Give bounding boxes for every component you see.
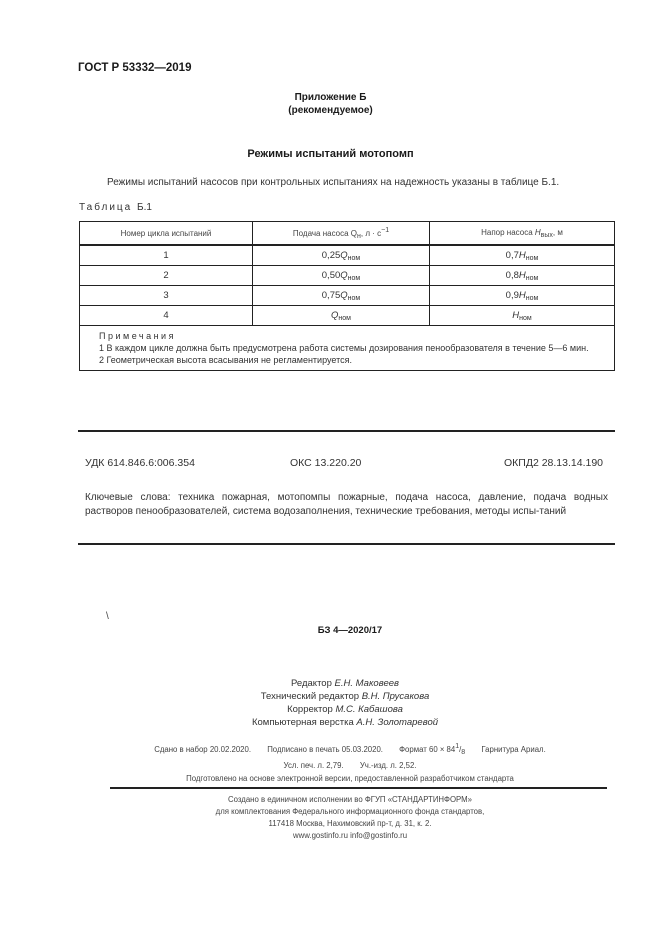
cell-flow: 0,25Qном — [253, 245, 430, 266]
flow-sub: ном — [348, 295, 361, 302]
notes-heading: Примечания — [80, 330, 608, 342]
cell-flow: Qном — [253, 306, 430, 326]
credit-proofreader: Корректор М.С. Кабашова — [0, 703, 661, 716]
typeset-date: Сдано в набор 20.02.2020. — [154, 745, 251, 754]
udk-code: УДК 614.846.6:006.354 — [85, 457, 195, 469]
head-symbol: H — [519, 250, 526, 261]
signed-date: Подписано в печать 05.03.2020. — [267, 745, 383, 754]
flow-coef: 0,50 — [322, 270, 341, 281]
publisher-contacts: www.gostinfo.ru info@gostinfo.ru — [0, 830, 661, 842]
keywords: Ключевые слова: техника пожарная, мотопо… — [85, 491, 608, 519]
head-sub: ном — [526, 295, 539, 302]
appendix-title: Приложение Б — [0, 92, 661, 103]
flow-coef: 0,25 — [322, 250, 341, 261]
flow-sub: ном — [348, 275, 361, 282]
credit-name: М.С. Кабашова — [335, 704, 402, 715]
cell-flow: 0,75Qном — [253, 286, 430, 306]
head-sub: ном — [519, 315, 532, 322]
format-sup: 1 — [455, 743, 459, 750]
head-symbol: H — [519, 270, 526, 281]
print-info: Сдано в набор 20.02.2020. Подписано в пе… — [0, 740, 661, 785]
flow-coef: 0,75 — [322, 290, 341, 301]
head-coef: 0,8 — [506, 270, 519, 281]
header-cycle: Номер цикла испытаний — [80, 222, 253, 246]
table-caption: Таблица Б.1 — [79, 202, 152, 213]
flow-sub: ном — [338, 315, 351, 322]
table-caption-label: Таблица — [79, 202, 132, 213]
publisher-address: 117418 Москва, Нахимовский пр-т, д. 31, … — [0, 818, 661, 830]
header-head-sub: вых — [541, 232, 553, 239]
credit-tech-editor: Технический редактор В.Н. Прусакова — [0, 690, 661, 703]
header-flow: Подача насоса Qн, л · с−1 — [253, 222, 430, 246]
header-head-unit: , м — [553, 228, 563, 237]
publisher-line: для комплектования Федерального информац… — [0, 806, 661, 818]
test-modes-table: Номер цикла испытаний Подача насоса Qн, … — [79, 221, 615, 371]
website-link[interactable]: www.gostinfo.ru — [293, 831, 348, 840]
table-row: 3 0,75Qном 0,9Hном — [80, 286, 615, 306]
table-notes-row: Примечания 1 В каждом цикле должна быть … — [80, 326, 615, 371]
cell-head: 0,9Hном — [430, 286, 615, 306]
credit-editor: Редактор Е.Н. Маковеев — [0, 677, 661, 690]
head-symbol: H — [519, 290, 526, 301]
cell-head: Hном — [430, 306, 615, 326]
source-note: Подготовлено на основе электронной верси… — [0, 772, 661, 785]
table-row: 4 Qном Hном — [80, 306, 615, 326]
pub-sheets: Уч.-изд. л. 2,52. — [360, 761, 417, 770]
header-flow-label: Подача насоса Q — [293, 229, 357, 238]
note-item: 1 В каждом цикле должна быть предусмотре… — [80, 342, 608, 354]
format: Формат 60 × 84 — [399, 745, 455, 754]
note-item: 2 Геометрическая высота всасывания не ре… — [80, 354, 608, 366]
divider-bottom — [78, 543, 615, 545]
head-coef: 0,9 — [506, 290, 519, 301]
cell-flow: 0,50Qном — [253, 266, 430, 286]
format-sub: 8 — [461, 749, 465, 756]
publisher-line: Создано в единичном исполнении во ФГУП «… — [0, 794, 661, 806]
standard-code: ГОСТ Р 53332—2019 — [78, 62, 191, 74]
table-notes: Примечания 1 В каждом цикле должна быть … — [80, 326, 615, 371]
table-header-row: Номер цикла испытаний Подача насоса Qн, … — [80, 222, 615, 246]
cell-cycle: 4 — [80, 306, 253, 326]
email-link[interactable]: info@gostinfo.ru — [350, 831, 407, 840]
cell-head: 0,8Hном — [430, 266, 615, 286]
intro-paragraph: Режимы испытаний насосов при контрольных… — [107, 177, 559, 188]
publisher-info: Создано в единичном исполнении во ФГУП «… — [0, 794, 661, 842]
typeface: Гарнитура Ариал. — [481, 745, 545, 754]
head-coef: 0,7 — [506, 250, 519, 261]
appendix-subtitle: (рекомендуемое) — [0, 105, 661, 116]
section-title: Режимы испытаний мотопомп — [0, 148, 661, 160]
credit-name: А.Н. Золотаревой — [356, 717, 438, 728]
credit-role: Компьютерная верстка — [252, 717, 354, 728]
cell-cycle: 3 — [80, 286, 253, 306]
flow-symbol: Q — [340, 270, 347, 281]
flow-sub: ном — [348, 255, 361, 262]
header-flow-unit: , л · с — [361, 229, 381, 238]
divider-publisher — [110, 787, 607, 789]
table-caption-number: Б.1 — [137, 202, 152, 213]
divider-top — [78, 430, 615, 432]
okpd-code: ОКПД2 28.13.14.190 — [504, 457, 603, 469]
credit-role: Технический редактор — [261, 691, 359, 702]
flow-symbol: Q — [340, 250, 347, 261]
credit-name: Е.Н. Маковеев — [335, 678, 399, 689]
credit-role: Корректор — [287, 704, 333, 715]
header-head: Напор насоса Hвых, м — [430, 222, 615, 246]
cell-cycle: 1 — [80, 245, 253, 266]
credits: Редактор Е.Н. Маковеев Технический редак… — [0, 677, 661, 729]
print-info-line-1: Сдано в набор 20.02.2020. Подписано в пе… — [0, 740, 661, 759]
print-info-line-2: Усл. печ. л. 2,79. Уч.-изд. л. 2,52. — [0, 759, 661, 772]
cell-head: 0,7Hном — [430, 245, 615, 266]
stray-mark: \ — [106, 611, 109, 622]
cell-cycle: 2 — [80, 266, 253, 286]
credit-role: Редактор — [291, 678, 332, 689]
print-sheets: Усл. печ. л. 2,79. — [284, 761, 344, 770]
credit-layout: Компьютерная верстка А.Н. Золотаревой — [0, 716, 661, 729]
header-head-label: Напор насоса — [481, 228, 535, 237]
bz-number: БЗ 4—2020/17 — [0, 625, 661, 636]
flow-symbol: Q — [340, 290, 347, 301]
head-sub: ном — [526, 255, 539, 262]
table-row: 1 0,25Qном 0,7Hном — [80, 245, 615, 266]
table-row: 2 0,50Qном 0,8Hном — [80, 266, 615, 286]
oks-code: ОКС 13.220.20 — [290, 457, 361, 469]
credit-name: В.Н. Прусакова — [362, 691, 430, 702]
head-sub: ном — [526, 275, 539, 282]
header-flow-sup: −1 — [381, 227, 389, 234]
